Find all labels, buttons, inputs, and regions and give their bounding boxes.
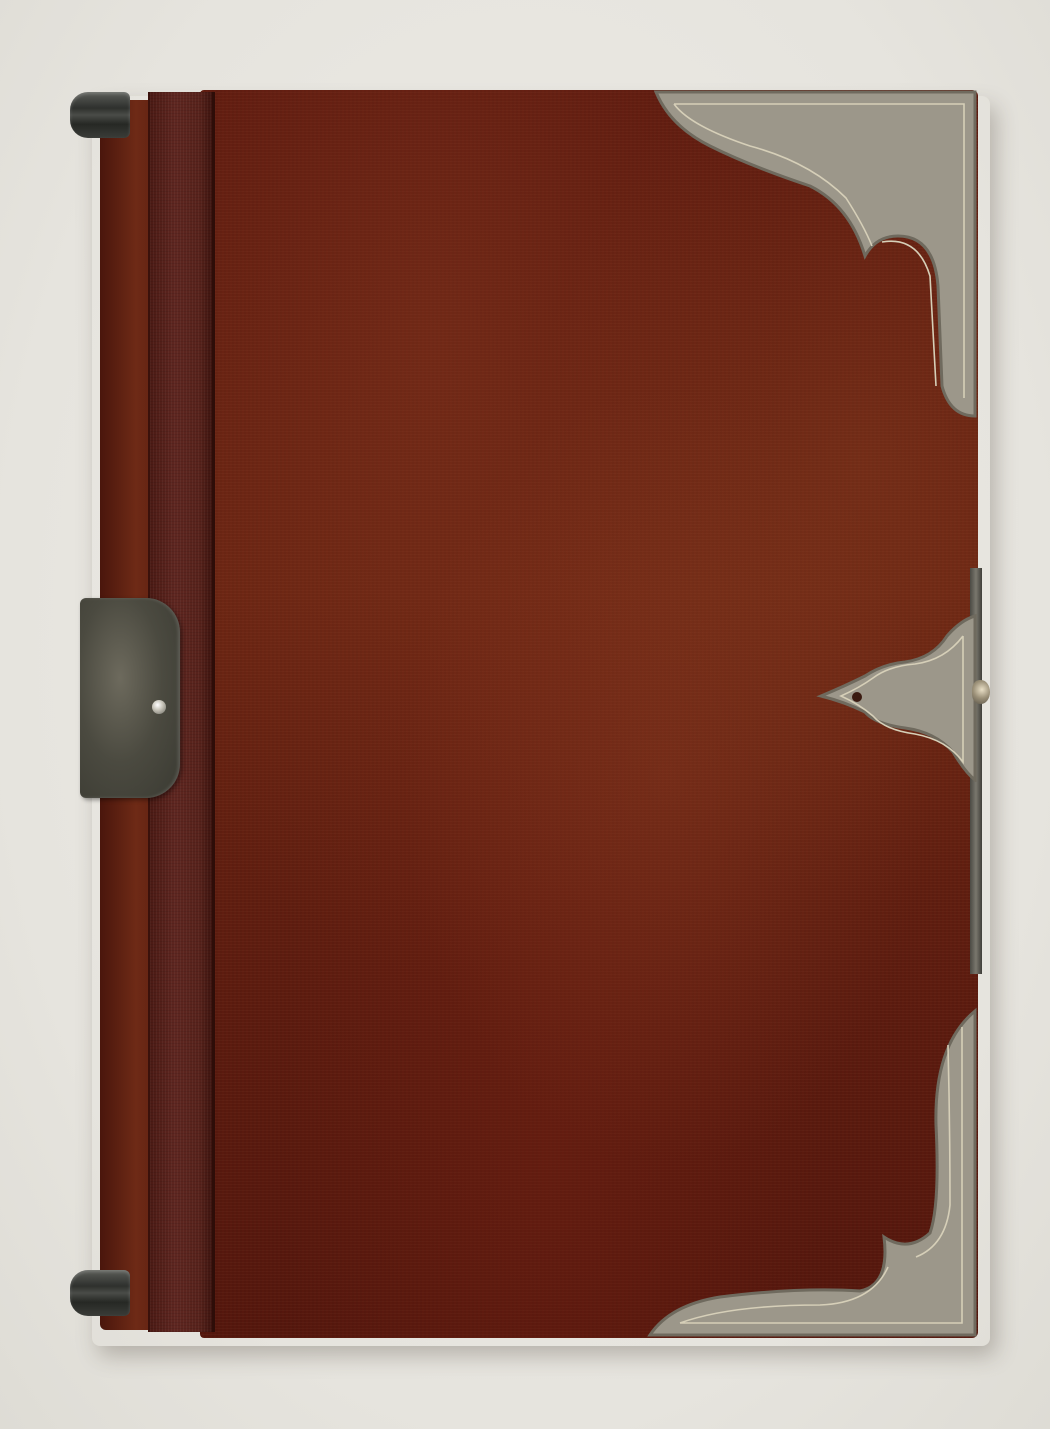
rivet-icon bbox=[152, 700, 166, 714]
clasp-catch-icon bbox=[815, 612, 980, 782]
corner-top-right-icon bbox=[650, 86, 985, 426]
headcap-top-icon bbox=[70, 92, 130, 138]
photo-background bbox=[0, 0, 1050, 1429]
clasp-hinge-plate bbox=[80, 598, 180, 798]
headcap-bottom-icon bbox=[70, 1270, 130, 1316]
clasp-knob-icon bbox=[972, 680, 990, 704]
corner-bottom-right-icon bbox=[640, 1005, 985, 1340]
